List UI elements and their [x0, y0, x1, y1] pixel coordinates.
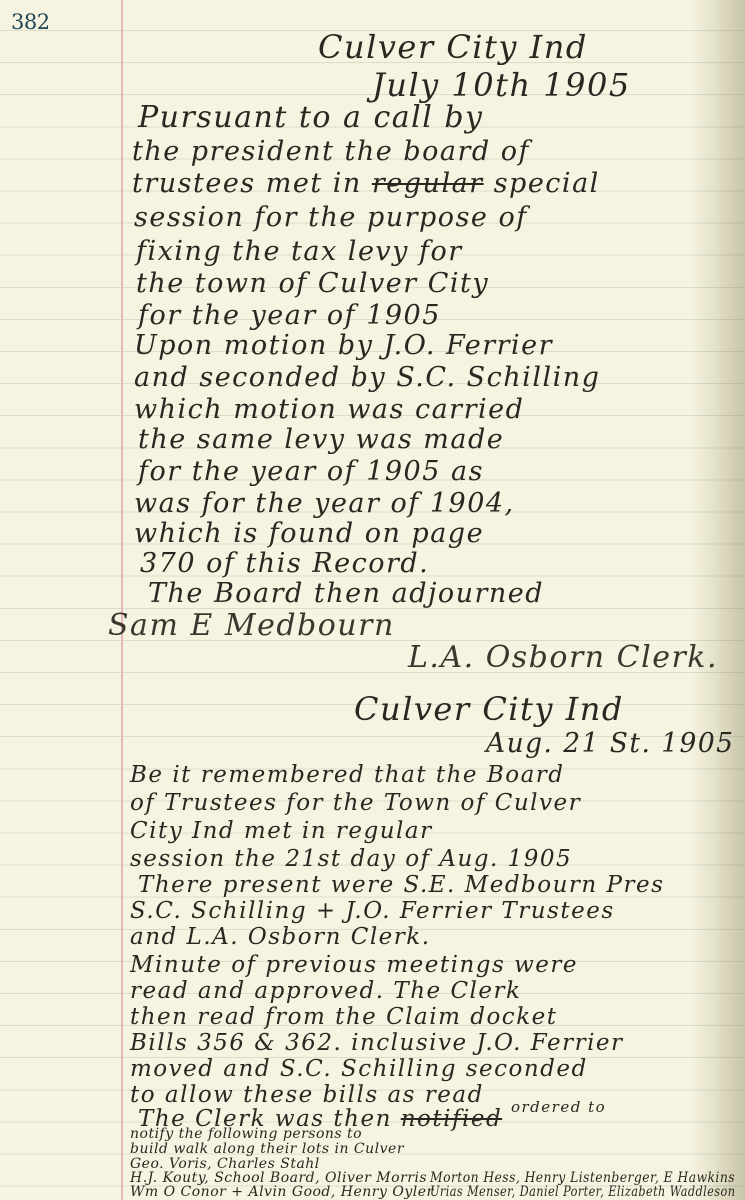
entry2-line: session the 21st day of Aug. 1905 [130, 846, 572, 872]
entry1-line: for the year of 1905 [138, 300, 441, 331]
entry2-line: of Trustees for the Town of Culver [130, 790, 581, 816]
entry2-line: There present were S.E. Medbourn Pres [138, 872, 664, 898]
entry1-line: for the year of 1905 as [138, 456, 484, 487]
entry1-line: trustees met in regular special [132, 168, 600, 199]
entry1-line: the president the board of [132, 136, 530, 167]
entry1-place: Culver City Ind [318, 28, 588, 66]
entry1-line: Pursuant to a call by [138, 100, 484, 135]
entry2-place: Culver City Ind [354, 690, 624, 728]
entry1-line: which is found on page [134, 518, 484, 549]
entry1-line: The Board then adjourned [148, 578, 544, 609]
entry1-line: fixing the tax levy for [136, 236, 463, 267]
page-number: 382 [11, 10, 50, 34]
entry1-line: was for the year of 1904, [134, 488, 515, 519]
inserted-word: special [494, 168, 600, 199]
struck-word: regular [372, 168, 484, 199]
entry2-line: to allow these bills as read [130, 1082, 484, 1108]
entry2-line: Minute of previous meetings were [130, 952, 578, 978]
ledger-page: 382 Culver City Ind July 10th 1905 Pursu… [0, 0, 745, 1200]
signature-clerk: L.A. Osborn Clerk. [408, 640, 718, 675]
margin-rule [121, 0, 123, 1200]
entry2-date: Aug. 21 St. 1905 [486, 728, 734, 759]
entry1-line: the town of Culver City [136, 268, 489, 299]
entry1-date: July 10th 1905 [372, 66, 631, 104]
entry1-line: session for the purpose of [134, 202, 528, 233]
entry2-line: and L.A. Osborn Clerk. [130, 924, 431, 950]
entry1-line: Upon motion by J.O. Ferrier [134, 330, 553, 361]
line-text: trustees met in [132, 168, 362, 199]
entry1-line: and seconded by S.C. Schilling [134, 362, 600, 393]
inserted-word: ordered to [511, 1098, 606, 1116]
entry2-line: Be it remembered that the Board [130, 762, 565, 788]
entry1-line: the same levy was made [138, 424, 504, 455]
struck-word: notified [401, 1106, 502, 1132]
line-text: The Clerk was then [138, 1106, 392, 1132]
entry2-line: City Ind met in regular [130, 818, 433, 844]
entry2-line: S.C. Schilling + J.O. Ferrier Trustees [130, 898, 615, 924]
entry2-line: Bills 356 & 362. inclusive J.O. Ferrier [130, 1030, 624, 1056]
entry2-line: then read from the Claim docket [130, 1004, 557, 1030]
entry2-line: read and approved. The Clerk [130, 978, 521, 1004]
signature-president: Sam E Medbourn [108, 608, 395, 643]
entry2-line: The Clerk was then notified ordered to [138, 1106, 606, 1132]
entry2-line: moved and S.C. Schilling seconded [130, 1056, 588, 1082]
entry1-line: which motion was carried [134, 394, 524, 425]
entry1-line: 370 of this Record. [140, 548, 429, 579]
